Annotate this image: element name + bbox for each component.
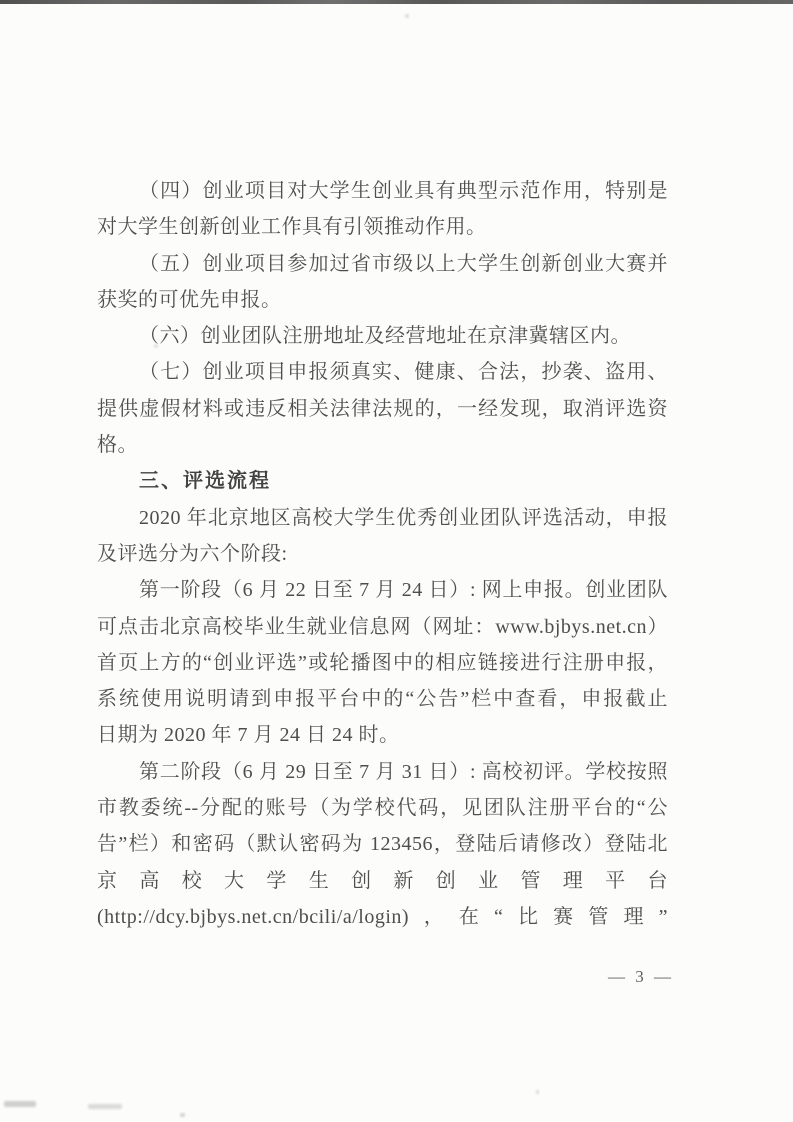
scan-speck <box>154 344 158 348</box>
paragraph-line: （六）创业团队注册地址及经营地址在京津冀辖区内。 <box>97 318 668 354</box>
page-number: — 3 — <box>598 963 684 991</box>
paragraph-line: （四）创业项目对大学生创业具有典型示范作用，特别是 <box>97 173 668 209</box>
paragraph-line: （七）创业项目申报须真实、健康、合法，抄袭、盗用、 <box>97 354 668 390</box>
scan-speck <box>405 14 409 18</box>
paragraph-line: 系统使用说明请到申报平台中的“公告”栏中查看，申报截止 <box>97 681 668 717</box>
paragraph-line: 市教委统--分配的账号（为学校代码，见团队注册平台的“公 <box>97 790 668 826</box>
paragraph-line: 对大学生创新创业工作具有引领推动作用。 <box>97 209 668 245</box>
paragraph-line: 第二阶段（6 月 29 日至 7 月 31 日）: 高校初评。学校按照 <box>97 754 668 790</box>
scan-speck <box>88 1104 122 1109</box>
scan-speck <box>536 1090 539 1094</box>
paragraph-line: 获奖的可优先申报。 <box>97 282 668 318</box>
scan-edge-artifact <box>0 0 793 4</box>
paragraph-line: （五）创业项目参加过省市级以上大学生创新创业大赛并 <box>97 246 668 282</box>
paragraph-line: 2020 年北京地区高校大学生优秀创业团队评选活动，申报 <box>97 500 668 536</box>
paragraph-line: 提供虚假材料或违反相关法律法规的，一经发现，取消评选资 <box>97 391 668 427</box>
paragraph-line: 及评选分为六个阶段: <box>97 536 668 572</box>
paragraph-line: 告”栏）和密码（默认密码为 123456，登陆后请修改）登陆北 <box>97 826 668 862</box>
paragraph-line: 日期为 2020 年 7 月 24 日 24 时。 <box>97 717 668 753</box>
document-text-block: （四）创业项目对大学生创业具有典型示范作用，特别是对大学生创新创业工作具有引领推… <box>97 173 668 935</box>
scan-speck <box>180 1113 185 1117</box>
paragraph-line: 第一阶段（6 月 22 日至 7 月 24 日）: 网上申报。创业团队 <box>97 572 668 608</box>
scan-speck <box>4 1101 36 1107</box>
paragraph-line: 可点击北京高校毕业生就业信息网（网址：www.bjbys.net.cn） <box>97 609 668 645</box>
section-heading: 三、评选流程 <box>97 463 668 499</box>
paragraph-line: 京高校大学生创新创业管理平台 <box>97 863 668 899</box>
paragraph-line: 首页上方的“创业评选”或轮播图中的相应链接进行注册申报， <box>97 645 668 681</box>
paragraph-line: (http://dcy.bjbys.net.cn/bcili/a/login)，… <box>97 899 668 935</box>
paragraph-line: 格。 <box>97 427 668 463</box>
